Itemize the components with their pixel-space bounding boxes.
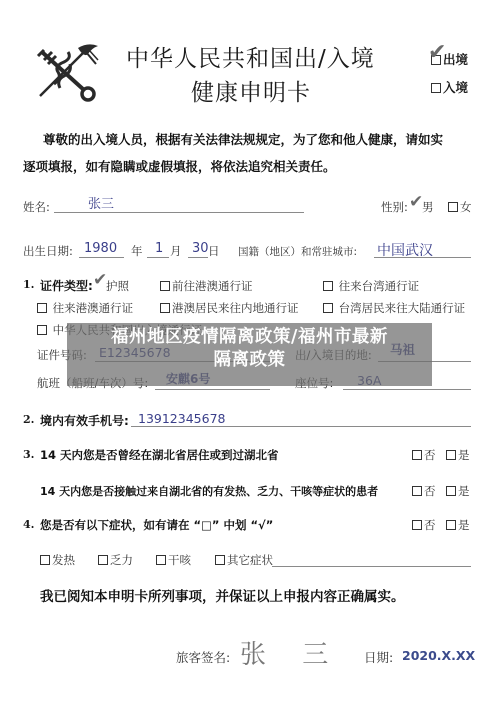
option-label: 入境 bbox=[443, 80, 468, 95]
checkbox[interactable] bbox=[37, 303, 47, 313]
date-label: 日期: bbox=[364, 648, 393, 666]
gender-option-female[interactable]: 女 bbox=[448, 199, 472, 215]
date-field[interactable]: 2020.X.XX bbox=[402, 648, 475, 663]
month-unit: 月 bbox=[170, 243, 182, 259]
birth-label: 出生日期: bbox=[23, 243, 73, 259]
name-underline bbox=[54, 212, 304, 213]
gender-label: 性别: bbox=[381, 199, 408, 215]
q4-option-yes[interactable]: 是 bbox=[446, 517, 470, 533]
checkmark-icon: ✔ bbox=[428, 40, 446, 65]
option-label: 乏力 bbox=[110, 553, 133, 567]
checkbox[interactable] bbox=[40, 555, 50, 565]
checkbox[interactable] bbox=[412, 486, 422, 496]
q3-number: 3. bbox=[23, 448, 34, 461]
q1-number: 1. bbox=[23, 278, 34, 291]
option-label: 否 bbox=[424, 518, 436, 532]
title-line-1: 中华人民共和国出/入境 bbox=[126, 40, 375, 73]
option-label: 否 bbox=[424, 484, 436, 498]
gender-option-male[interactable]: 男 bbox=[412, 199, 434, 215]
phone-field[interactable]: 13912345678 bbox=[138, 411, 225, 426]
checkbox[interactable] bbox=[412, 450, 422, 460]
option-label: 男 bbox=[422, 200, 434, 214]
doc-option-passport[interactable]: 护照 bbox=[98, 278, 129, 294]
doc-option-hk-macau-resident-permit[interactable]: 港澳居民来往内地通行证 bbox=[160, 300, 299, 316]
flight-underline bbox=[155, 389, 270, 390]
customs-key-caduceus-icon bbox=[34, 40, 100, 102]
option-label: 出境 bbox=[443, 52, 468, 67]
signature-field[interactable]: 张 三 bbox=[240, 634, 342, 671]
checkbox[interactable] bbox=[215, 555, 225, 565]
intro-line-2: 逐项填报，如有隐瞒或虚假填报，将依法追究相关责任。 bbox=[23, 157, 336, 175]
checkbox[interactable] bbox=[37, 325, 47, 335]
q4-number: 4. bbox=[23, 518, 34, 531]
checkbox[interactable] bbox=[448, 202, 458, 212]
checkbox[interactable] bbox=[323, 281, 333, 291]
q3-question-2: 14 天内您是否接触过来自湖北省的有发热、乏力、干咳等症状的患者 bbox=[40, 483, 378, 499]
option-label: 港澳居民来往内地通行证 bbox=[172, 301, 299, 315]
option-label: 否 bbox=[424, 448, 436, 462]
checkbox[interactable] bbox=[160, 303, 170, 313]
birth-day-field[interactable]: 30 bbox=[192, 241, 209, 256]
phone-label: 境内有效手机号: bbox=[40, 412, 129, 429]
option-label: 往来台湾通行证 bbox=[339, 279, 420, 293]
option-label: 是 bbox=[458, 448, 470, 462]
q2-number: 2. bbox=[23, 413, 34, 426]
option-label: 是 bbox=[458, 484, 470, 498]
q3-1-option-no[interactable]: 否 bbox=[412, 447, 436, 463]
option-label: 护照 bbox=[106, 279, 129, 293]
customs-logo bbox=[34, 40, 100, 102]
symptom-fatigue[interactable]: 乏力 bbox=[98, 552, 133, 568]
signature-label: 旅客签名: bbox=[176, 648, 230, 666]
title-line-2: 健康申明卡 bbox=[191, 74, 311, 107]
checkbox[interactable] bbox=[412, 520, 422, 530]
checkbox[interactable] bbox=[446, 520, 456, 530]
q3-1-option-yes[interactable]: 是 bbox=[446, 447, 470, 463]
q4-question: 您是否有以下症状，如有请在 “□” 中划 “√” bbox=[40, 517, 273, 533]
option-label: 台湾居民来往大陆通行证 bbox=[339, 301, 466, 315]
checkbox[interactable] bbox=[160, 281, 170, 291]
name-label: 姓名: bbox=[23, 199, 50, 215]
direction-option-entry[interactable]: 入境 bbox=[431, 78, 468, 96]
birth-month-field[interactable]: 1 bbox=[155, 241, 163, 256]
option-label: 干咳 bbox=[168, 553, 191, 567]
year-unit: 年 bbox=[131, 243, 143, 259]
other-symptom-underline bbox=[272, 566, 471, 567]
doc-option-taiwan-permit[interactable]: 往来台湾通行证 bbox=[323, 278, 419, 294]
option-label: 发热 bbox=[52, 553, 75, 567]
checkbox[interactable] bbox=[156, 555, 166, 565]
checkbox[interactable] bbox=[446, 450, 456, 460]
name-field[interactable]: 张三 bbox=[88, 193, 114, 212]
phone-underline bbox=[131, 426, 471, 427]
day-unit: 日 bbox=[208, 243, 220, 259]
option-label: 其它症状 bbox=[227, 553, 273, 567]
checkbox[interactable] bbox=[323, 303, 333, 313]
symptom-dry-cough[interactable]: 干咳 bbox=[156, 552, 191, 568]
overlay-title-line-1: 福州地区疫情隔离政策/福州市最新 bbox=[67, 326, 432, 349]
symptom-other[interactable]: 其它症状 bbox=[215, 552, 273, 568]
option-label: 女 bbox=[460, 200, 472, 214]
birth-day-underline bbox=[188, 257, 208, 258]
birth-year-underline bbox=[79, 257, 124, 258]
q3-question-1: 14 天内您是否曾经在湖北省居住或到过湖北省 bbox=[40, 447, 279, 463]
q4-option-no[interactable]: 否 bbox=[412, 517, 436, 533]
checkbox[interactable] bbox=[98, 555, 108, 565]
intro-line-1: 尊敬的出入境人员，根据有关法律法规规定，为了您和他人健康，请如实 bbox=[43, 130, 443, 148]
q3-2-option-yes[interactable]: 是 bbox=[446, 483, 470, 499]
doc-option-taiwan-resident-permit[interactable]: 台湾居民来往大陆通行证 bbox=[323, 300, 465, 316]
overlay-title: 福州地区疫情隔离政策/福州市最新 隔离政策 bbox=[67, 326, 432, 372]
birth-year-field[interactable]: 1980 bbox=[84, 241, 117, 256]
nationality-label: 国籍（地区）和常驻城市: bbox=[238, 244, 357, 259]
declaration: 我已阅知本申明卡所列事项，并保证以上申报内容正确属实。 bbox=[40, 585, 405, 605]
doc-option-hk-macau-permit[interactable]: 前往港澳通行证 bbox=[160, 278, 253, 294]
q3-2-option-no[interactable]: 否 bbox=[412, 483, 436, 499]
option-label: 前往港澳通行证 bbox=[172, 279, 253, 293]
symptom-fever[interactable]: 发热 bbox=[40, 552, 75, 568]
checkbox[interactable] bbox=[431, 83, 441, 93]
checkbox[interactable] bbox=[446, 486, 456, 496]
seat-underline bbox=[343, 389, 471, 390]
option-label: 往来港澳通行证 bbox=[53, 301, 134, 315]
birth-month-underline bbox=[147, 257, 169, 258]
overlay-title-line-2: 隔离政策 bbox=[67, 349, 432, 372]
option-label: 是 bbox=[458, 518, 470, 532]
nationality-underline bbox=[374, 257, 471, 258]
document-type-label: 证件类型: bbox=[40, 277, 93, 294]
doc-option-hk-macau-travel-permit[interactable]: 往来港澳通行证 bbox=[37, 300, 133, 316]
